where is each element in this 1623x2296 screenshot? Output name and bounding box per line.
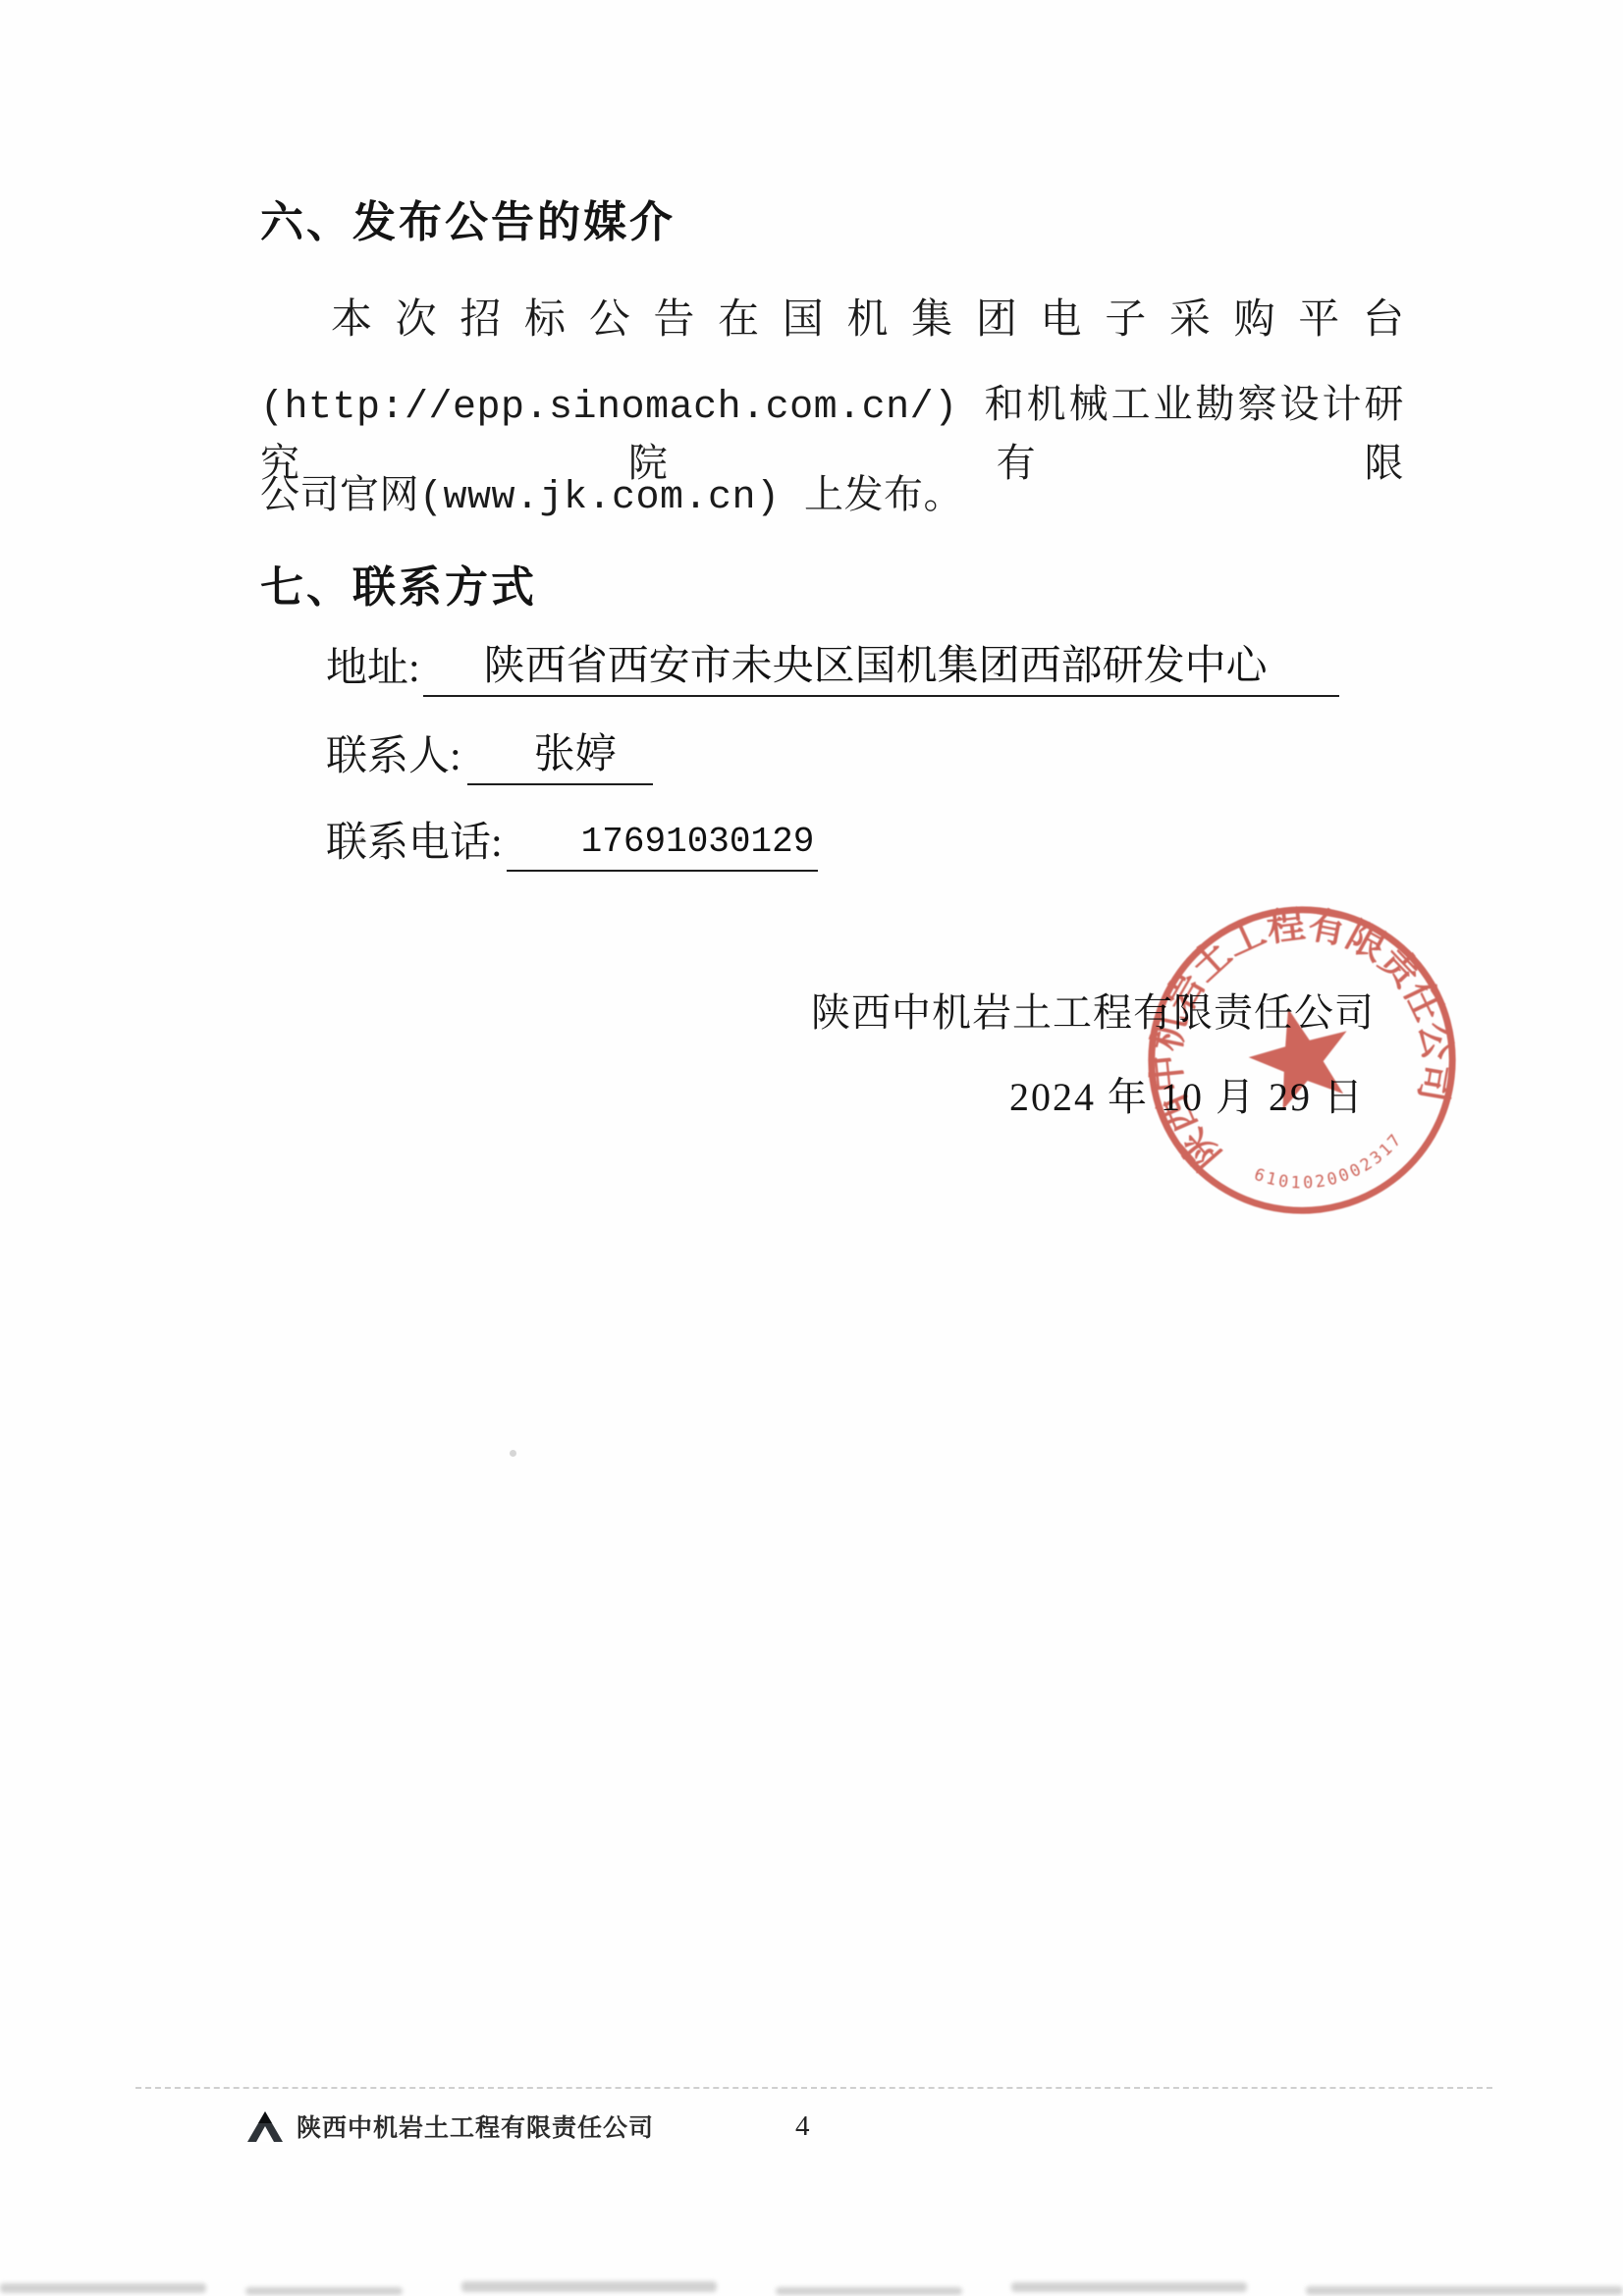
scan-artifact bbox=[0, 2283, 206, 2293]
document-page: 六、发布公告的媒介 本次招标公告在国机集团电子采购平台 (http://epp.… bbox=[0, 0, 1623, 2296]
scan-speck bbox=[510, 1450, 516, 1457]
company-seal-stamp: 陕西中机岩土工程有限责任公司 6101020002317 bbox=[1137, 895, 1467, 1225]
footer-company-name: 陕西中机岩土工程有限责任公司 bbox=[297, 2109, 654, 2144]
scan-artifact bbox=[1306, 2286, 1623, 2295]
section7-heading: 七、联系方式 bbox=[260, 552, 537, 614]
contact-phone-value: 17691030129 bbox=[507, 815, 818, 872]
scan-speck bbox=[359, 836, 365, 842]
contact-person-label: 联系人: bbox=[326, 728, 461, 785]
scan-artifact bbox=[776, 2287, 962, 2295]
address-value: 陕西省西安市未央区国机集团西部研发中心 bbox=[423, 638, 1339, 697]
section6-heading: 六、发布公告的媒介 bbox=[260, 187, 676, 249]
contact-person-value: 张婷 bbox=[467, 726, 653, 785]
seal-code-text: 6101020002317 bbox=[1248, 1125, 1414, 1208]
scan-artifact bbox=[245, 2287, 403, 2295]
svg-text:6101020002317: 6101020002317 bbox=[1248, 1125, 1414, 1208]
mountain-logo-icon bbox=[245, 2107, 285, 2146]
section6-paragraph-line1: 本次招标公告在国机集团电子采购平台 bbox=[331, 291, 1404, 349]
contact-person-row: 联系人: 张婷 bbox=[326, 726, 653, 785]
seal-company-arc-text: 陕西中机岩土工程有限责任公司 bbox=[1137, 895, 1467, 1184]
address-label: 地址: bbox=[326, 640, 420, 697]
scan-artifact bbox=[461, 2281, 717, 2292]
signature-date: 2024 年 10 月 29 日 bbox=[1009, 1066, 1365, 1122]
footer-divider bbox=[135, 2087, 1492, 2089]
footer: 陕西中机岩土工程有限责任公司 bbox=[245, 2105, 654, 2148]
contact-phone-label: 联系电话: bbox=[326, 815, 503, 872]
signature-company: 陕西中机岩土工程有限责任公司 bbox=[811, 982, 1375, 1038]
section6-paragraph-line3: 公司官网(www.jk.com.cn) 上发布。 bbox=[260, 469, 1404, 528]
address-row: 地址: 陕西省西安市未央区国机集团西部研发中心 bbox=[326, 638, 1339, 697]
seal-ring bbox=[1137, 895, 1467, 1225]
page-number: 4 bbox=[795, 2110, 810, 2143]
scan-artifact bbox=[1011, 2282, 1247, 2292]
contact-phone-row: 联系电话: 17691030129 bbox=[326, 815, 818, 872]
svg-text:陕西中机岩土工程有限责任公司: 陕西中机岩土工程有限责任公司 bbox=[1137, 895, 1467, 1184]
